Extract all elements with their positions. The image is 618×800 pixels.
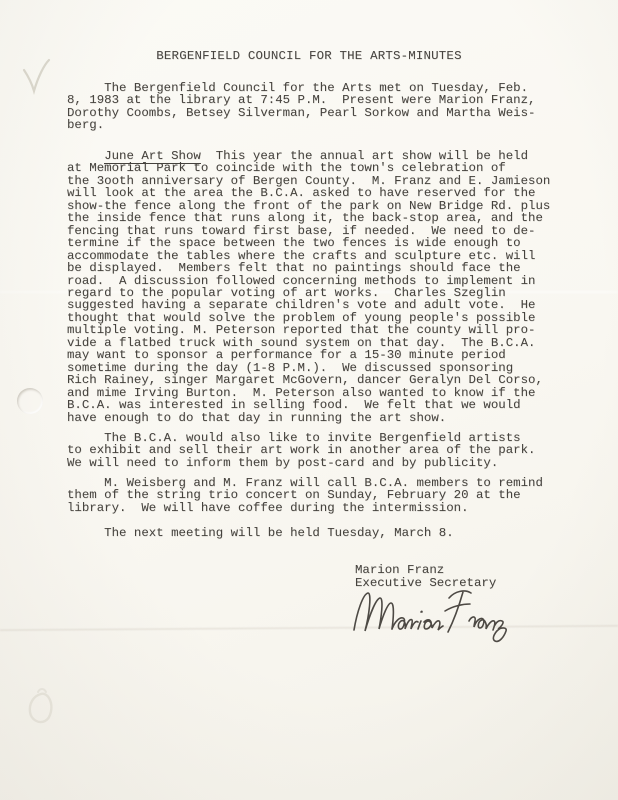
text-line: The next meeting will be held Tuesday, M… [67,527,454,539]
scanned-document-page: BERGENFIELD COUNCIL FOR THE ARTS-MINUTES… [0,0,618,800]
document-title: BERGENFIELD COUNCIL FOR THE ARTS-MINUTES [0,49,618,63]
text-line: library. We will have coffee during the … [67,502,543,514]
text-line: We will need to inform them by post-card… [67,457,535,469]
paragraph-opening: The Bergenfield Council for the Arts met… [67,82,535,132]
handwritten-signature [348,584,523,646]
text-line: may want to sponsor a performance for a … [67,349,550,361]
paragraph-june-art-show: June Art Show This year the annual art s… [67,150,550,424]
pencil-smudge [24,686,60,730]
paragraph-next-meeting: The next meeting will be held Tuesday, M… [67,527,454,539]
text-line: multiple voting. M. Peterson reported th… [67,324,550,336]
text-line: the inside fence that runs along it, the… [67,212,550,224]
june-art-show-body: at Memorial Park to coincide with the to… [67,162,550,424]
text-line: termine if the space between the two fen… [67,237,550,249]
text-line: will look at the area the B.C.A. asked t… [67,187,550,199]
paragraph-invite-artists: The B.C.A. would also like to invite Ber… [67,432,535,469]
text-line: Dorothy Coombs, Betsey Silverman, Pearl … [67,107,535,119]
punch-hole [17,388,43,414]
text-line: be displayed. Members felt that no paint… [67,262,550,274]
text-line: Rich Rainey, singer Margaret McGovern, d… [67,374,550,386]
paper-crease-lower [0,625,618,631]
text-line: B.C.A. was interested in selling food. W… [67,399,550,411]
text-line: have enough to do that day in running th… [67,412,550,424]
text-line: berg. [67,119,535,131]
pencil-check-mark [20,57,52,99]
signature-typed-name: Marion Franz [355,564,496,577]
paragraph-concert-reminder: M. Weisberg and M. Franz will call B.C.A… [67,477,543,514]
